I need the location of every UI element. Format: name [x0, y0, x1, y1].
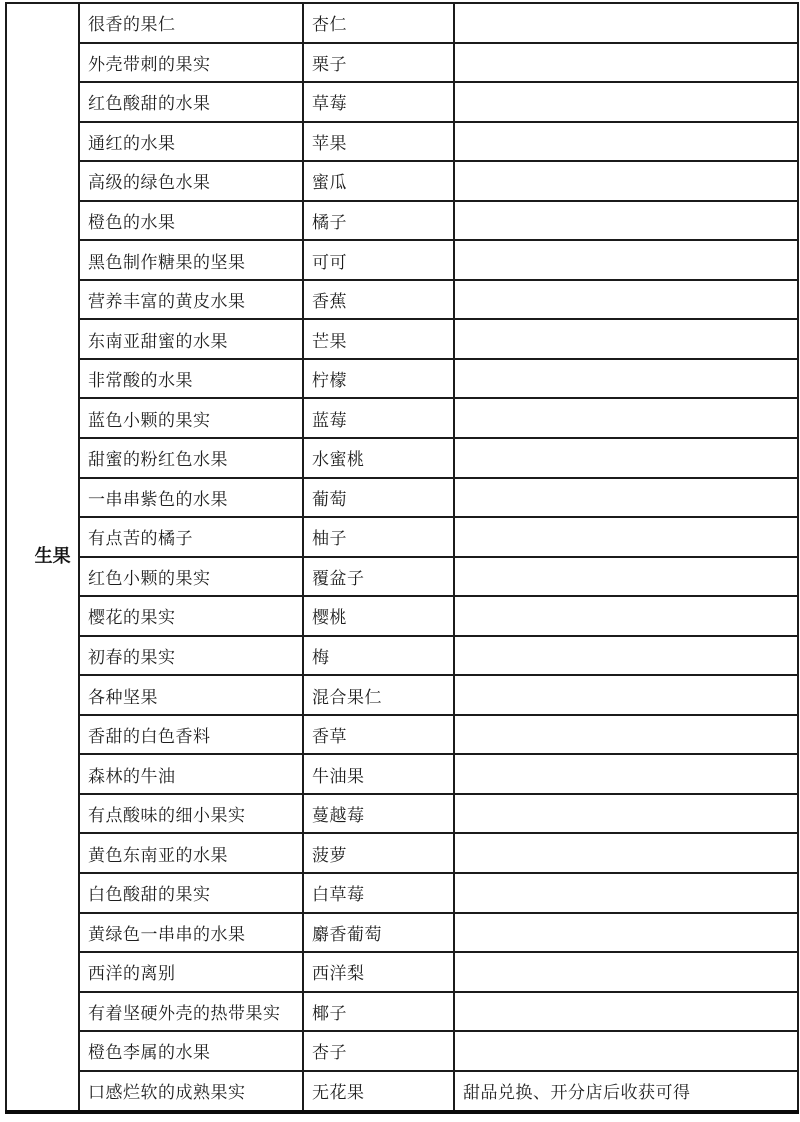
- table-row: 生果 很香的果仁 杏仁: [6, 3, 798, 43]
- table-row: 一串串紫色的水果 葡萄: [6, 478, 798, 518]
- fruit-name-cell: 水蜜桃: [303, 438, 454, 478]
- table-row: 高级的绿色水果 蜜瓜: [6, 161, 798, 201]
- description-cell: 有着坚硬外壳的热带果实: [79, 992, 303, 1032]
- description-cell: 甜蜜的粉红色水果: [79, 438, 303, 478]
- table-row: 白色酸甜的果实 白草莓: [6, 873, 798, 913]
- fruit-name-cell: 橘子: [303, 201, 454, 241]
- fruit-name-cell: 柠檬: [303, 359, 454, 399]
- note-cell: [454, 359, 798, 399]
- fruit-name-cell: 菠萝: [303, 833, 454, 873]
- note-cell: 甜品兑换、开分店后收获可得: [454, 1071, 798, 1112]
- table-row: 口感烂软的成熟果实 无花果 甜品兑换、开分店后收获可得: [6, 1071, 798, 1112]
- description-cell: 营养丰富的黄皮水果: [79, 280, 303, 320]
- fruit-name-cell: 蔓越莓: [303, 794, 454, 834]
- fruit-name-cell: 杏子: [303, 1031, 454, 1071]
- note-cell: [454, 913, 798, 953]
- table-row: 森林的牛油 牛油果: [6, 754, 798, 794]
- fruit-name-cell: 苹果: [303, 122, 454, 162]
- description-cell: 红色小颗的果实: [79, 557, 303, 597]
- description-cell: 黄绿色一串串的水果: [79, 913, 303, 953]
- description-cell: 红色酸甜的水果: [79, 82, 303, 122]
- note-cell: [454, 952, 798, 992]
- description-cell: 香甜的白色香料: [79, 715, 303, 755]
- description-cell: 东南亚甜蜜的水果: [79, 319, 303, 359]
- description-cell: 黄色东南亚的水果: [79, 833, 303, 873]
- note-cell: [454, 478, 798, 518]
- fruit-name-cell: 蜜瓜: [303, 161, 454, 201]
- description-cell: 有点苦的橘子: [79, 517, 303, 557]
- description-cell: 樱花的果实: [79, 596, 303, 636]
- fruit-name-cell: 樱桃: [303, 596, 454, 636]
- note-cell: [454, 240, 798, 280]
- note-cell: [454, 833, 798, 873]
- description-cell: 通红的水果: [79, 122, 303, 162]
- table-row: 有着坚硬外壳的热带果实 椰子: [6, 992, 798, 1032]
- category-label: 生果: [35, 544, 55, 569]
- table-row: 通红的水果 苹果: [6, 122, 798, 162]
- note-cell: [454, 280, 798, 320]
- note-cell: [454, 43, 798, 83]
- note-cell: [454, 557, 798, 597]
- description-cell: 各种坚果: [79, 675, 303, 715]
- description-cell: 初春的果实: [79, 636, 303, 676]
- fruit-name-cell: 白草莓: [303, 873, 454, 913]
- fruit-name-cell: 混合果仁: [303, 675, 454, 715]
- note-cell: [454, 992, 798, 1032]
- description-cell: 橙色李属的水果: [79, 1031, 303, 1071]
- description-cell: 一串串紫色的水果: [79, 478, 303, 518]
- table-row: 外壳带刺的果实 栗子: [6, 43, 798, 83]
- note-cell: [454, 82, 798, 122]
- category-cell: 生果: [6, 3, 79, 1112]
- note-cell: [454, 3, 798, 43]
- description-cell: 黑色制作糖果的坚果: [79, 240, 303, 280]
- table-row: 甜蜜的粉红色水果 水蜜桃: [6, 438, 798, 478]
- fruit-name-cell: 牛油果: [303, 754, 454, 794]
- fruit-name-cell: 梅: [303, 636, 454, 676]
- table-row: 非常酸的水果 柠檬: [6, 359, 798, 399]
- note-cell: [454, 675, 798, 715]
- note-cell: [454, 596, 798, 636]
- note-cell: [454, 319, 798, 359]
- table-row: 樱花的果实 樱桃: [6, 596, 798, 636]
- table-row: 橙色的水果 橘子: [6, 201, 798, 241]
- description-cell: 森林的牛油: [79, 754, 303, 794]
- fruit-name-cell: 栗子: [303, 43, 454, 83]
- table-row: 各种坚果 混合果仁: [6, 675, 798, 715]
- note-cell: [454, 636, 798, 676]
- table-row: 香甜的白色香料 香草: [6, 715, 798, 755]
- note-cell: [454, 1031, 798, 1071]
- description-cell: 有点酸味的细小果实: [79, 794, 303, 834]
- description-cell: 外壳带刺的果实: [79, 43, 303, 83]
- table-row: 西洋的离别 西洋梨: [6, 952, 798, 992]
- fruit-name-cell: 无花果: [303, 1071, 454, 1112]
- table-row: 东南亚甜蜜的水果 芒果: [6, 319, 798, 359]
- fruit-name-cell: 覆盆子: [303, 557, 454, 597]
- description-cell: 非常酸的水果: [79, 359, 303, 399]
- note-cell: [454, 398, 798, 438]
- table-row: 红色小颗的果实 覆盆子: [6, 557, 798, 597]
- fruit-name-cell: 葡萄: [303, 478, 454, 518]
- fruit-name-cell: 柚子: [303, 517, 454, 557]
- table-row: 黑色制作糖果的坚果 可可: [6, 240, 798, 280]
- table-row: 有点苦的橘子 柚子: [6, 517, 798, 557]
- note-cell: [454, 122, 798, 162]
- table-row: 有点酸味的细小果实 蔓越莓: [6, 794, 798, 834]
- note-cell: [454, 161, 798, 201]
- description-cell: 西洋的离别: [79, 952, 303, 992]
- table-row: 橙色李属的水果 杏子: [6, 1031, 798, 1071]
- table-row: 黄色东南亚的水果 菠萝: [6, 833, 798, 873]
- fruit-name-cell: 草莓: [303, 82, 454, 122]
- fruit-name-cell: 香草: [303, 715, 454, 755]
- table-row: 初春的果实 梅: [6, 636, 798, 676]
- description-cell: 橙色的水果: [79, 201, 303, 241]
- fruit-table-body: 生果 很香的果仁 杏仁 外壳带刺的果实 栗子 红色酸甜的水果 草莓 通红的水果 …: [6, 3, 798, 1112]
- note-cell: [454, 438, 798, 478]
- description-cell: 蓝色小颗的果实: [79, 398, 303, 438]
- fruit-name-cell: 可可: [303, 240, 454, 280]
- note-cell: [454, 873, 798, 913]
- fruit-name-cell: 麝香葡萄: [303, 913, 454, 953]
- fruit-name-cell: 芒果: [303, 319, 454, 359]
- description-cell: 白色酸甜的果实: [79, 873, 303, 913]
- fruit-name-cell: 蓝莓: [303, 398, 454, 438]
- fruit-name-cell: 杏仁: [303, 3, 454, 43]
- fruit-table: 生果 很香的果仁 杏仁 外壳带刺的果实 栗子 红色酸甜的水果 草莓 通红的水果 …: [5, 2, 799, 1114]
- note-cell: [454, 201, 798, 241]
- document-page: 生果 很香的果仁 杏仁 外壳带刺的果实 栗子 红色酸甜的水果 草莓 通红的水果 …: [0, 0, 800, 1122]
- note-cell: [454, 754, 798, 794]
- description-cell: 高级的绿色水果: [79, 161, 303, 201]
- fruit-name-cell: 西洋梨: [303, 952, 454, 992]
- description-cell: 很香的果仁: [79, 3, 303, 43]
- table-row: 红色酸甜的水果 草莓: [6, 82, 798, 122]
- table-row: 营养丰富的黄皮水果 香蕉: [6, 280, 798, 320]
- table-row: 黄绿色一串串的水果 麝香葡萄: [6, 913, 798, 953]
- table-row: 蓝色小颗的果实 蓝莓: [6, 398, 798, 438]
- description-cell: 口感烂软的成熟果实: [79, 1071, 303, 1112]
- fruit-name-cell: 椰子: [303, 992, 454, 1032]
- fruit-name-cell: 香蕉: [303, 280, 454, 320]
- note-cell: [454, 517, 798, 557]
- note-cell: [454, 794, 798, 834]
- note-cell: [454, 715, 798, 755]
